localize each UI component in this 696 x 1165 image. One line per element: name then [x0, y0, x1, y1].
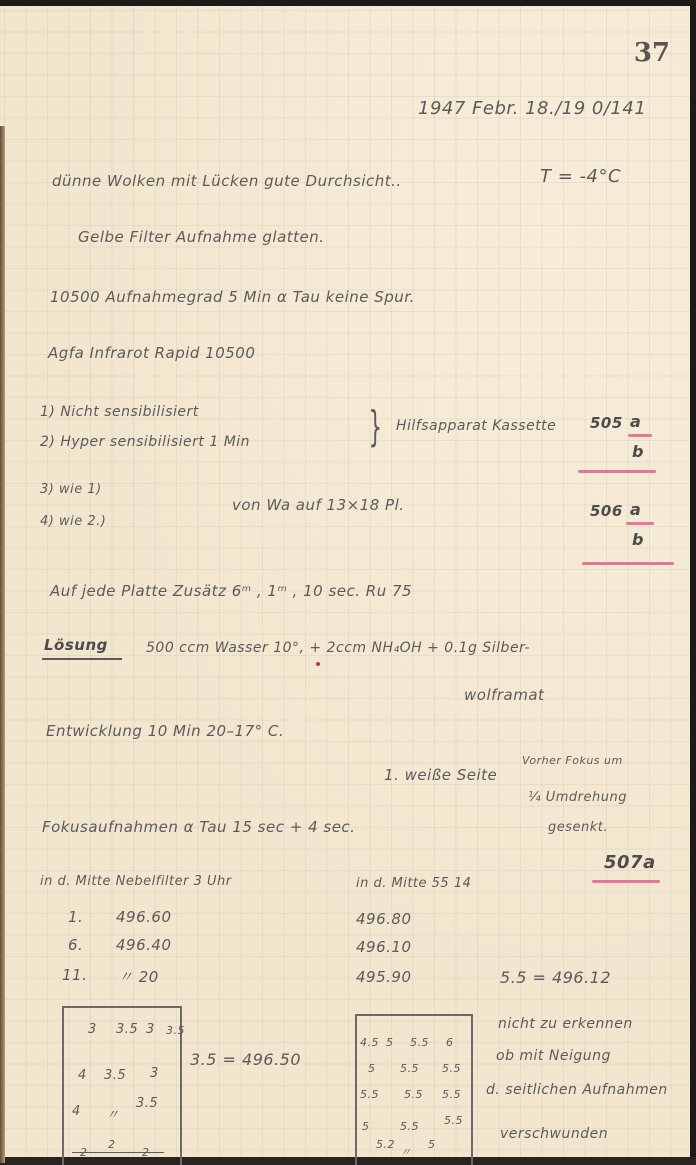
grid-right-cell: 4.5: [360, 1036, 379, 1049]
agfa-heading: Agfa Infrarot Rapid 10500: [48, 344, 255, 362]
measure-row-1-left: 496.60: [116, 908, 172, 926]
measure-result-left: 3.5 = 496.50: [190, 1050, 301, 1069]
temperature-note: T = -4°C: [540, 166, 621, 187]
measure-right-heading: in d. Mitte 55 14: [356, 876, 471, 891]
measure-row-3-right: 495.90: [356, 968, 412, 986]
list-item-4: 4) wie 2.): [40, 514, 106, 529]
measure-row-1-idx: 1.: [68, 908, 83, 926]
grid-right-cell: 5: [428, 1138, 436, 1151]
focus-shots-note: Fokusaufnahmen α Tau 15 sec + 4 sec.: [42, 818, 355, 836]
list-item-2: 2) Hyper sensibilisiert 1 Min: [40, 434, 250, 450]
grid-right-cell: 5: [386, 1036, 394, 1049]
side-note-line-2: ¼ Umdrehung: [528, 790, 627, 805]
grid-left-cell: 2: [142, 1146, 150, 1157]
grid-left-cell: 3: [146, 1022, 155, 1037]
page-number: 37: [634, 38, 670, 68]
closing-note-line-4: verschwunden: [500, 1126, 608, 1142]
grid-right-cell: 6: [446, 1036, 454, 1049]
pink-mark-505a: [628, 434, 652, 437]
grid-right-cell: 5.5: [442, 1088, 461, 1101]
label-505: 505: [590, 414, 623, 432]
exposure-note: Auf jede Platte Zusätz 6ᵐ , 1ᵐ , 10 sec.…: [50, 582, 412, 600]
first-side-note: 1. weiße Seite: [384, 766, 497, 784]
solution-continuation: wolframat: [464, 686, 544, 704]
label-506-b: b: [632, 530, 644, 549]
header-date: 1947 Febr. 18./19 0/141: [418, 98, 646, 119]
wa-note: von Wa auf 13×18 Pl.: [232, 496, 405, 514]
label-505-a: a: [630, 412, 641, 431]
grid-right-cell: 5: [362, 1120, 370, 1133]
grid-right-cell: 〃: [400, 1144, 412, 1157]
list-item-3: 3) wie 1): [40, 482, 102, 497]
notebook-page: 37 1947 Febr. 18./19 0/141 dünne Wolken …: [0, 6, 690, 1157]
grid-left-cell: 3.5: [116, 1022, 138, 1037]
grid-right-cell: 5.5: [444, 1114, 463, 1127]
measure-result-right: 5.5 = 496.12: [500, 968, 611, 987]
pink-separator-505: [578, 470, 656, 473]
grid-right-cell: 5.5: [400, 1062, 419, 1075]
solution-label: Lösung: [44, 636, 108, 654]
grid-left-cell: 3: [150, 1066, 159, 1081]
side-note-line-3: gesenkt.: [548, 820, 608, 835]
grid-left-cell: 3: [88, 1022, 97, 1037]
grid-right-cell: 5.5: [442, 1062, 461, 1075]
grid-left-cell: 2: [108, 1138, 116, 1151]
grid-left-cell: 3.5: [104, 1068, 126, 1083]
development-note: Entwicklung 10 Min 20–17° C.: [46, 722, 284, 740]
measure-row-2-right: 496.10: [356, 938, 412, 956]
measure-row-2-idx: 6.: [68, 936, 83, 954]
closing-note-line-2: ob mit Neigung: [496, 1048, 611, 1064]
notebook-spine: [0, 126, 5, 1157]
side-note-line-1: Vorher Fokus um: [522, 754, 623, 767]
measure-left-heading: in d. Mitte Nebelfilter 3 Uhr: [40, 874, 232, 889]
red-ink-dot: [316, 662, 320, 666]
pink-mark-507a: [592, 880, 660, 883]
label-506-a: a: [630, 500, 641, 519]
grid-right-cell: 5.5: [400, 1120, 419, 1133]
list-item-1: 1) Nicht sensibilisiert: [40, 404, 199, 420]
plates-note: Gelbe Filter Aufnahme glatten.: [78, 228, 325, 246]
grid-left-cell: 3.5: [136, 1096, 158, 1111]
grid-left-cell: 〃: [106, 1104, 120, 1123]
brace-note: Hilfsapparat Kassette: [396, 418, 556, 434]
measure-row-2-left: 496.40: [116, 936, 172, 954]
grid-right-cell: 5.5: [410, 1036, 429, 1049]
grid-left-cell: 2: [80, 1146, 88, 1157]
solution-text: 500 ccm Wasser 10°, + 2ccm NH₄OH + 0.1g …: [146, 640, 530, 656]
grid-right-cell: 5.5: [360, 1088, 379, 1101]
measure-row-3-idx: 11.: [62, 966, 87, 984]
label-506: 506: [590, 502, 623, 520]
label-505-b: b: [632, 442, 644, 461]
closing-note-line-1: nicht zu erkennen: [498, 1016, 633, 1032]
weather-note: dünne Wolken mit Lücken gute Durchsicht.…: [52, 172, 402, 190]
pink-mark-506a: [626, 522, 654, 525]
solution-underline: [42, 658, 122, 660]
measure-row-3-left: 〃 20: [118, 966, 159, 987]
label-507a: 507a: [604, 852, 656, 873]
measure-row-1-right: 496.80: [356, 910, 412, 928]
grid-right-cell: 5.5: [404, 1088, 423, 1101]
notebook-right-edge: [690, 0, 696, 1157]
grid-left-cell: 4: [78, 1068, 87, 1083]
pink-separator-506: [582, 562, 674, 565]
grid-left-cell: 4: [72, 1104, 81, 1119]
plate-type-note: 10500 Aufnahmegrad 5 Min α Tau keine Spu…: [50, 288, 415, 306]
grid-right-cell: 5.2: [376, 1138, 395, 1151]
grid-left-cell: 3.5: [166, 1024, 185, 1037]
closing-note-line-3: d. seitlichen Aufnahmen: [486, 1082, 668, 1098]
brace-icon: }: [369, 402, 382, 451]
grid-right-cell: 5: [368, 1062, 376, 1075]
